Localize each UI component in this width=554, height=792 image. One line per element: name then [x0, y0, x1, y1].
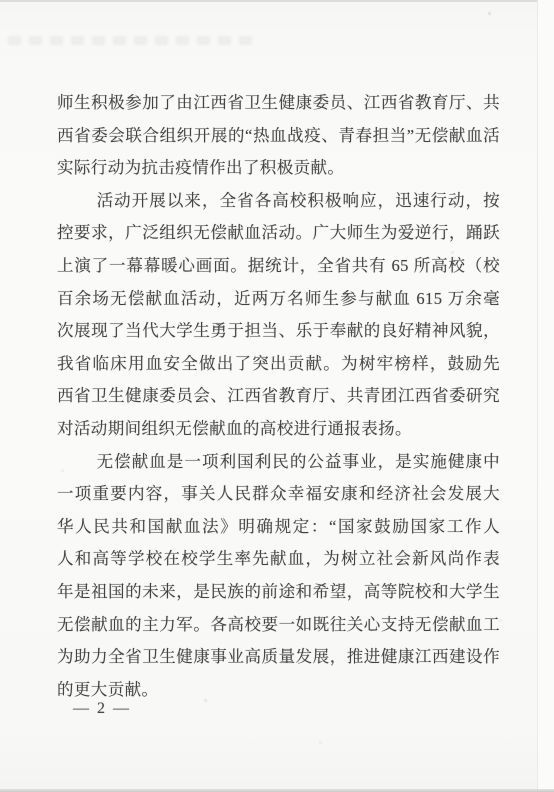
text-line: 师生积极参加了由江西省卫生健康委员、江西省教育厅、共青团江: [57, 87, 500, 120]
document-body-text: 师生积极参加了由江西省卫生健康委员、江西省教育厅、共青团江西省委会联合组织开展的…: [57, 87, 500, 706]
text-line: 人和高等学校在校学生率先献血，为树立社会新风尚作表率”。青: [57, 543, 500, 576]
scan-noise-specks: [0, 0, 1, 1]
page-number-label: — 2 —: [73, 700, 131, 717]
text-line: 无偿献血的主力军。各高校要一如既往关心支持无偿献血工作，: [57, 609, 500, 642]
scanned-document-page: 师生积极参加了由江西省卫生健康委员、江西省教育厅、共青团江西省委会联合组织开展的…: [0, 0, 554, 792]
text-line: 西省卫生健康委员会、江西省教育厅、共青团江西省委研究决定，: [57, 380, 500, 413]
text-line: 实际行动为抗击疫情作出了积极贡献。: [57, 152, 500, 185]
text-line: 为助力全省卫生健康事业高质量发展，推进健康江西建设作出新: [57, 641, 500, 674]
text-line: 次展现了当代大学生勇于担当、乐于奉献的良好精神风貌，为保障: [57, 315, 500, 348]
text-line: 百余场无偿献血活动，近两万名师生参与献血 615 万余毫升，再一: [57, 283, 500, 316]
text-line: 活动开展以来，全省各高校积极响应，迅速行动，按照疫情防: [57, 185, 500, 218]
scan-right-edge: [537, 0, 554, 792]
text-line: 华人民共和国献血法》明确规定：“国家鼓励国家工作人员、现役军: [57, 511, 500, 544]
text-line: 一项重要内容，事关人民群众幸福安康和经济社会发展大局。《中: [57, 478, 500, 511]
bleed-through-artifact: [8, 36, 260, 45]
page-number: — 2 —: [73, 700, 131, 718]
text-line: 西省委会联合组织开展的“热血战疫、青春担当”无偿献血活动，用: [57, 120, 500, 153]
text-line: 对活动期间组织无偿献血的高校进行通报表扬。: [57, 413, 500, 446]
text-line: 我省临床用血安全做出了突出贡献。为树牢榜样，鼓励先进，经江: [57, 348, 500, 381]
text-line: 控要求，广泛组织无偿献血活动。广大师生为爱逆行，踊跃献血，: [57, 217, 500, 250]
text-line: 无偿献血是一项利国利民的公益事业，是实施健康中国战略: [57, 446, 500, 479]
text-line: 年是祖国的未来，是民族的前途和希望，高等院校和大学生是我省: [57, 576, 500, 609]
scan-top-edge: [0, 0, 554, 2]
text-line: 上演了一幕幕暖心画面。据统计，全省共有 65 所高校（校区）开展: [57, 250, 500, 283]
